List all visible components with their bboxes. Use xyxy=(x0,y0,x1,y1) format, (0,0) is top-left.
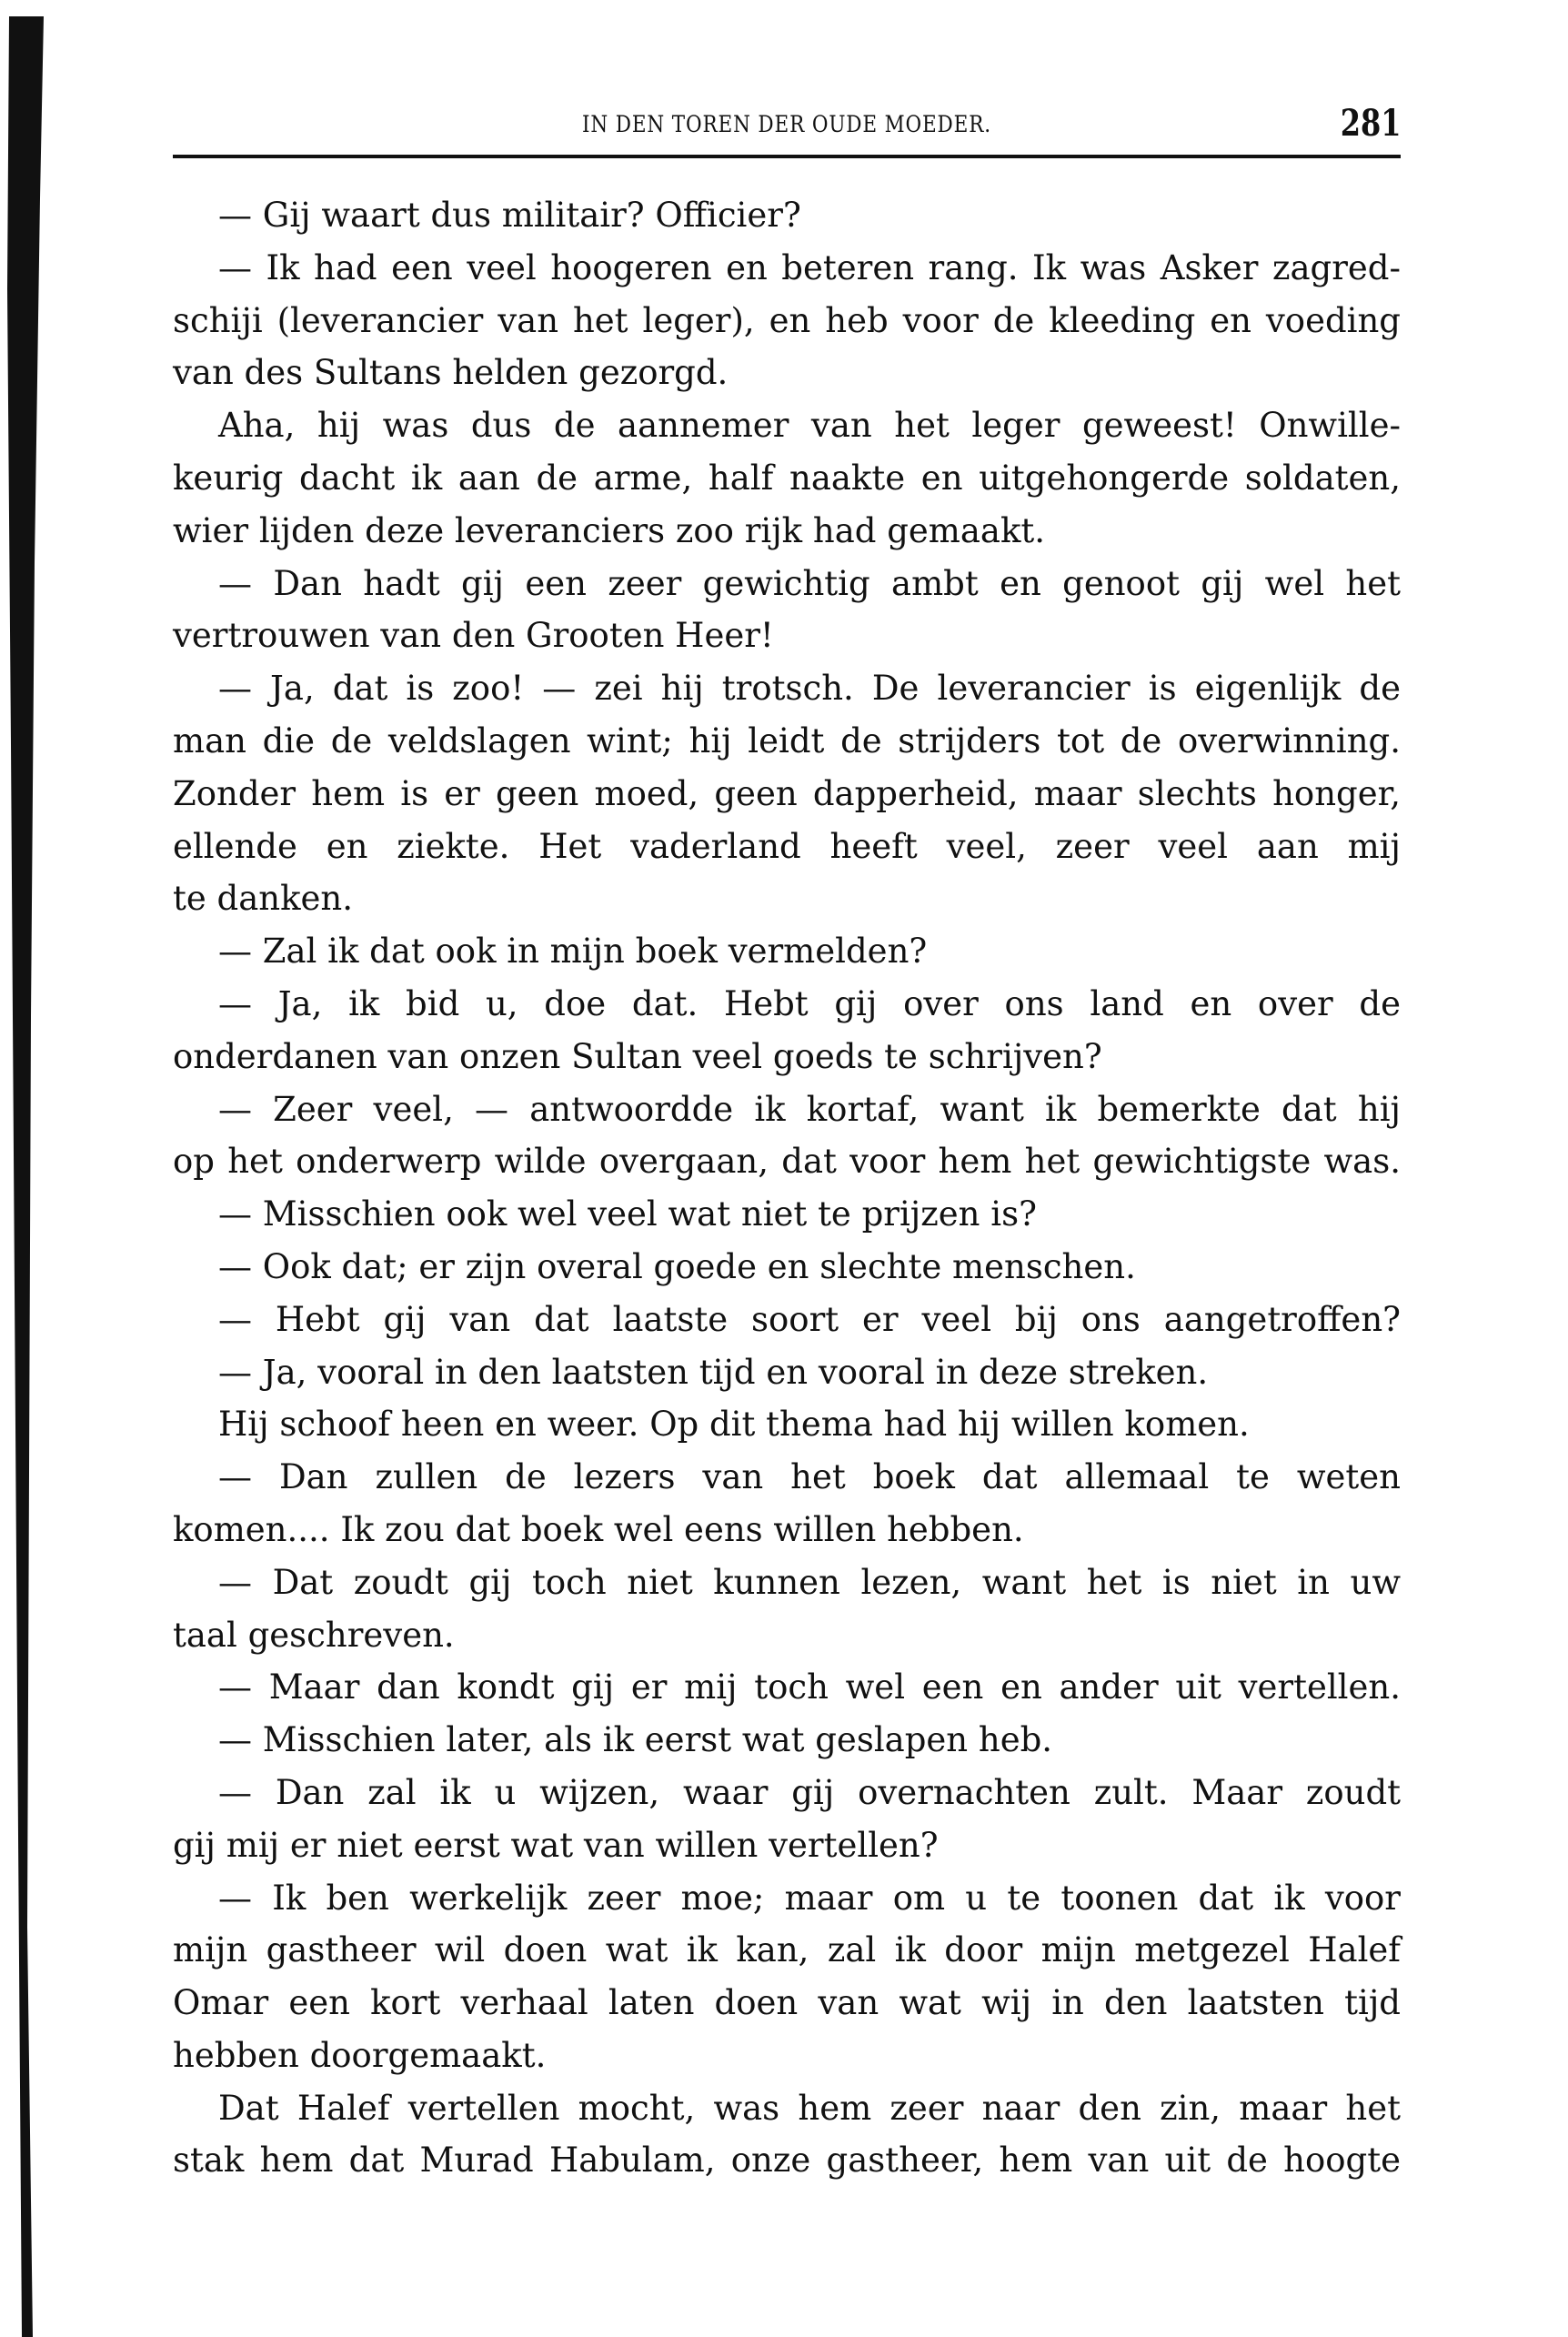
text-line: — Zal ik dat ook in mijn boek vermelden? xyxy=(173,925,1401,978)
text-line: Zonder hem is er geen moed, geen dapperh… xyxy=(173,768,1401,821)
text-line: Dat Halef vertellen mocht, was hem zeer … xyxy=(173,2082,1401,2135)
text-line: — Ja, dat is zoo! — zei hij trotsch. De … xyxy=(173,662,1401,715)
text-line: — Zeer veel, — antwoordde ik kortaf, wan… xyxy=(173,1083,1401,1136)
text-line: taal geschreven. xyxy=(173,1609,1401,1662)
text-line: vertrouwen van den Grooten Heer! xyxy=(173,609,1401,662)
text-line: van des Sultans helden gezorgd. xyxy=(173,347,1401,399)
scan-border-shadow xyxy=(7,16,44,2337)
text-line: man die de veldslagen wint; hij leidt de… xyxy=(173,715,1401,768)
running-title: IN DEN TOREN DER OUDE MOEDER. xyxy=(259,111,1315,137)
text-line: — Gij waart dus militair? Officier? xyxy=(173,189,1401,242)
text-line: — Ik ben werkelijk zeer moe; maar om u t… xyxy=(173,1872,1401,1925)
text-line: — Dan zal ik u wijzen, waar gij overnach… xyxy=(173,1767,1401,1819)
text-line: stak hem dat Murad Habulam, onze gasthee… xyxy=(173,2134,1401,2187)
text-line: — Maar dan kondt gij er mij toch wel een… xyxy=(173,1661,1401,1714)
text-line: — Misschien ook wel veel wat niet te pri… xyxy=(173,1188,1401,1241)
text-line: hebben doorgemaakt. xyxy=(173,2030,1401,2082)
page-header: IN DEN TOREN DER OUDE MOEDER. 281 xyxy=(173,102,1401,147)
text-line: op het onderwerp wilde overgaan, dat voo… xyxy=(173,1135,1401,1188)
text-line: — Ja, vooral in den laatsten tijd en voo… xyxy=(173,1346,1401,1399)
text-line: Hij schoof heen en weer. Op dit thema ha… xyxy=(173,1398,1401,1451)
text-line: Aha, hij was dus de aannemer van het leg… xyxy=(173,399,1401,452)
text-line: Omar een kort verhaal laten doen van wat… xyxy=(173,1977,1401,2030)
text-line: gij mij er niet eerst wat van willen ver… xyxy=(173,1819,1401,1872)
body-text: — Gij waart dus militair? Officier?— Ik … xyxy=(173,189,1401,2187)
text-line: onderdanen van onzen Sultan veel goeds t… xyxy=(173,1031,1401,1083)
text-line: mijn gastheer wil doen wat ik kan, zal i… xyxy=(173,1924,1401,1977)
text-line: — Ik had een veel hoogeren en beteren ra… xyxy=(173,242,1401,295)
text-line: — Ja, ik bid u, doe dat. Hebt gij over o… xyxy=(173,978,1401,1031)
text-line: te danken. xyxy=(173,872,1401,925)
text-line: — Misschien later, als ik eerst wat gesl… xyxy=(173,1714,1401,1767)
text-line: — Dan zullen de lezers van het boek dat … xyxy=(173,1451,1401,1504)
text-line: keurig dacht ik aan de arme, half naakte… xyxy=(173,452,1401,505)
text-line: komen.... Ik zou dat boek wel eens wille… xyxy=(173,1504,1401,1556)
text-line: schiji (leverancier van het leger), en h… xyxy=(173,295,1401,348)
text-line: wier lijden deze leveranciers zoo rijk h… xyxy=(173,505,1401,558)
text-line: — Ook dat; er zijn overal goede en slech… xyxy=(173,1241,1401,1294)
text-line: ellende en ziekte. Het vaderland heeft v… xyxy=(173,821,1401,873)
text-line: — Dan hadt gij een zeer gewichtig ambt e… xyxy=(173,558,1401,610)
text-line: — Hebt gij van dat laatste soort er veel… xyxy=(173,1294,1401,1346)
page-number: 281 xyxy=(1340,102,1401,145)
header-rule xyxy=(173,155,1401,158)
text-line: — Dat zoudt gij toch niet kunnen lezen, … xyxy=(173,1556,1401,1609)
